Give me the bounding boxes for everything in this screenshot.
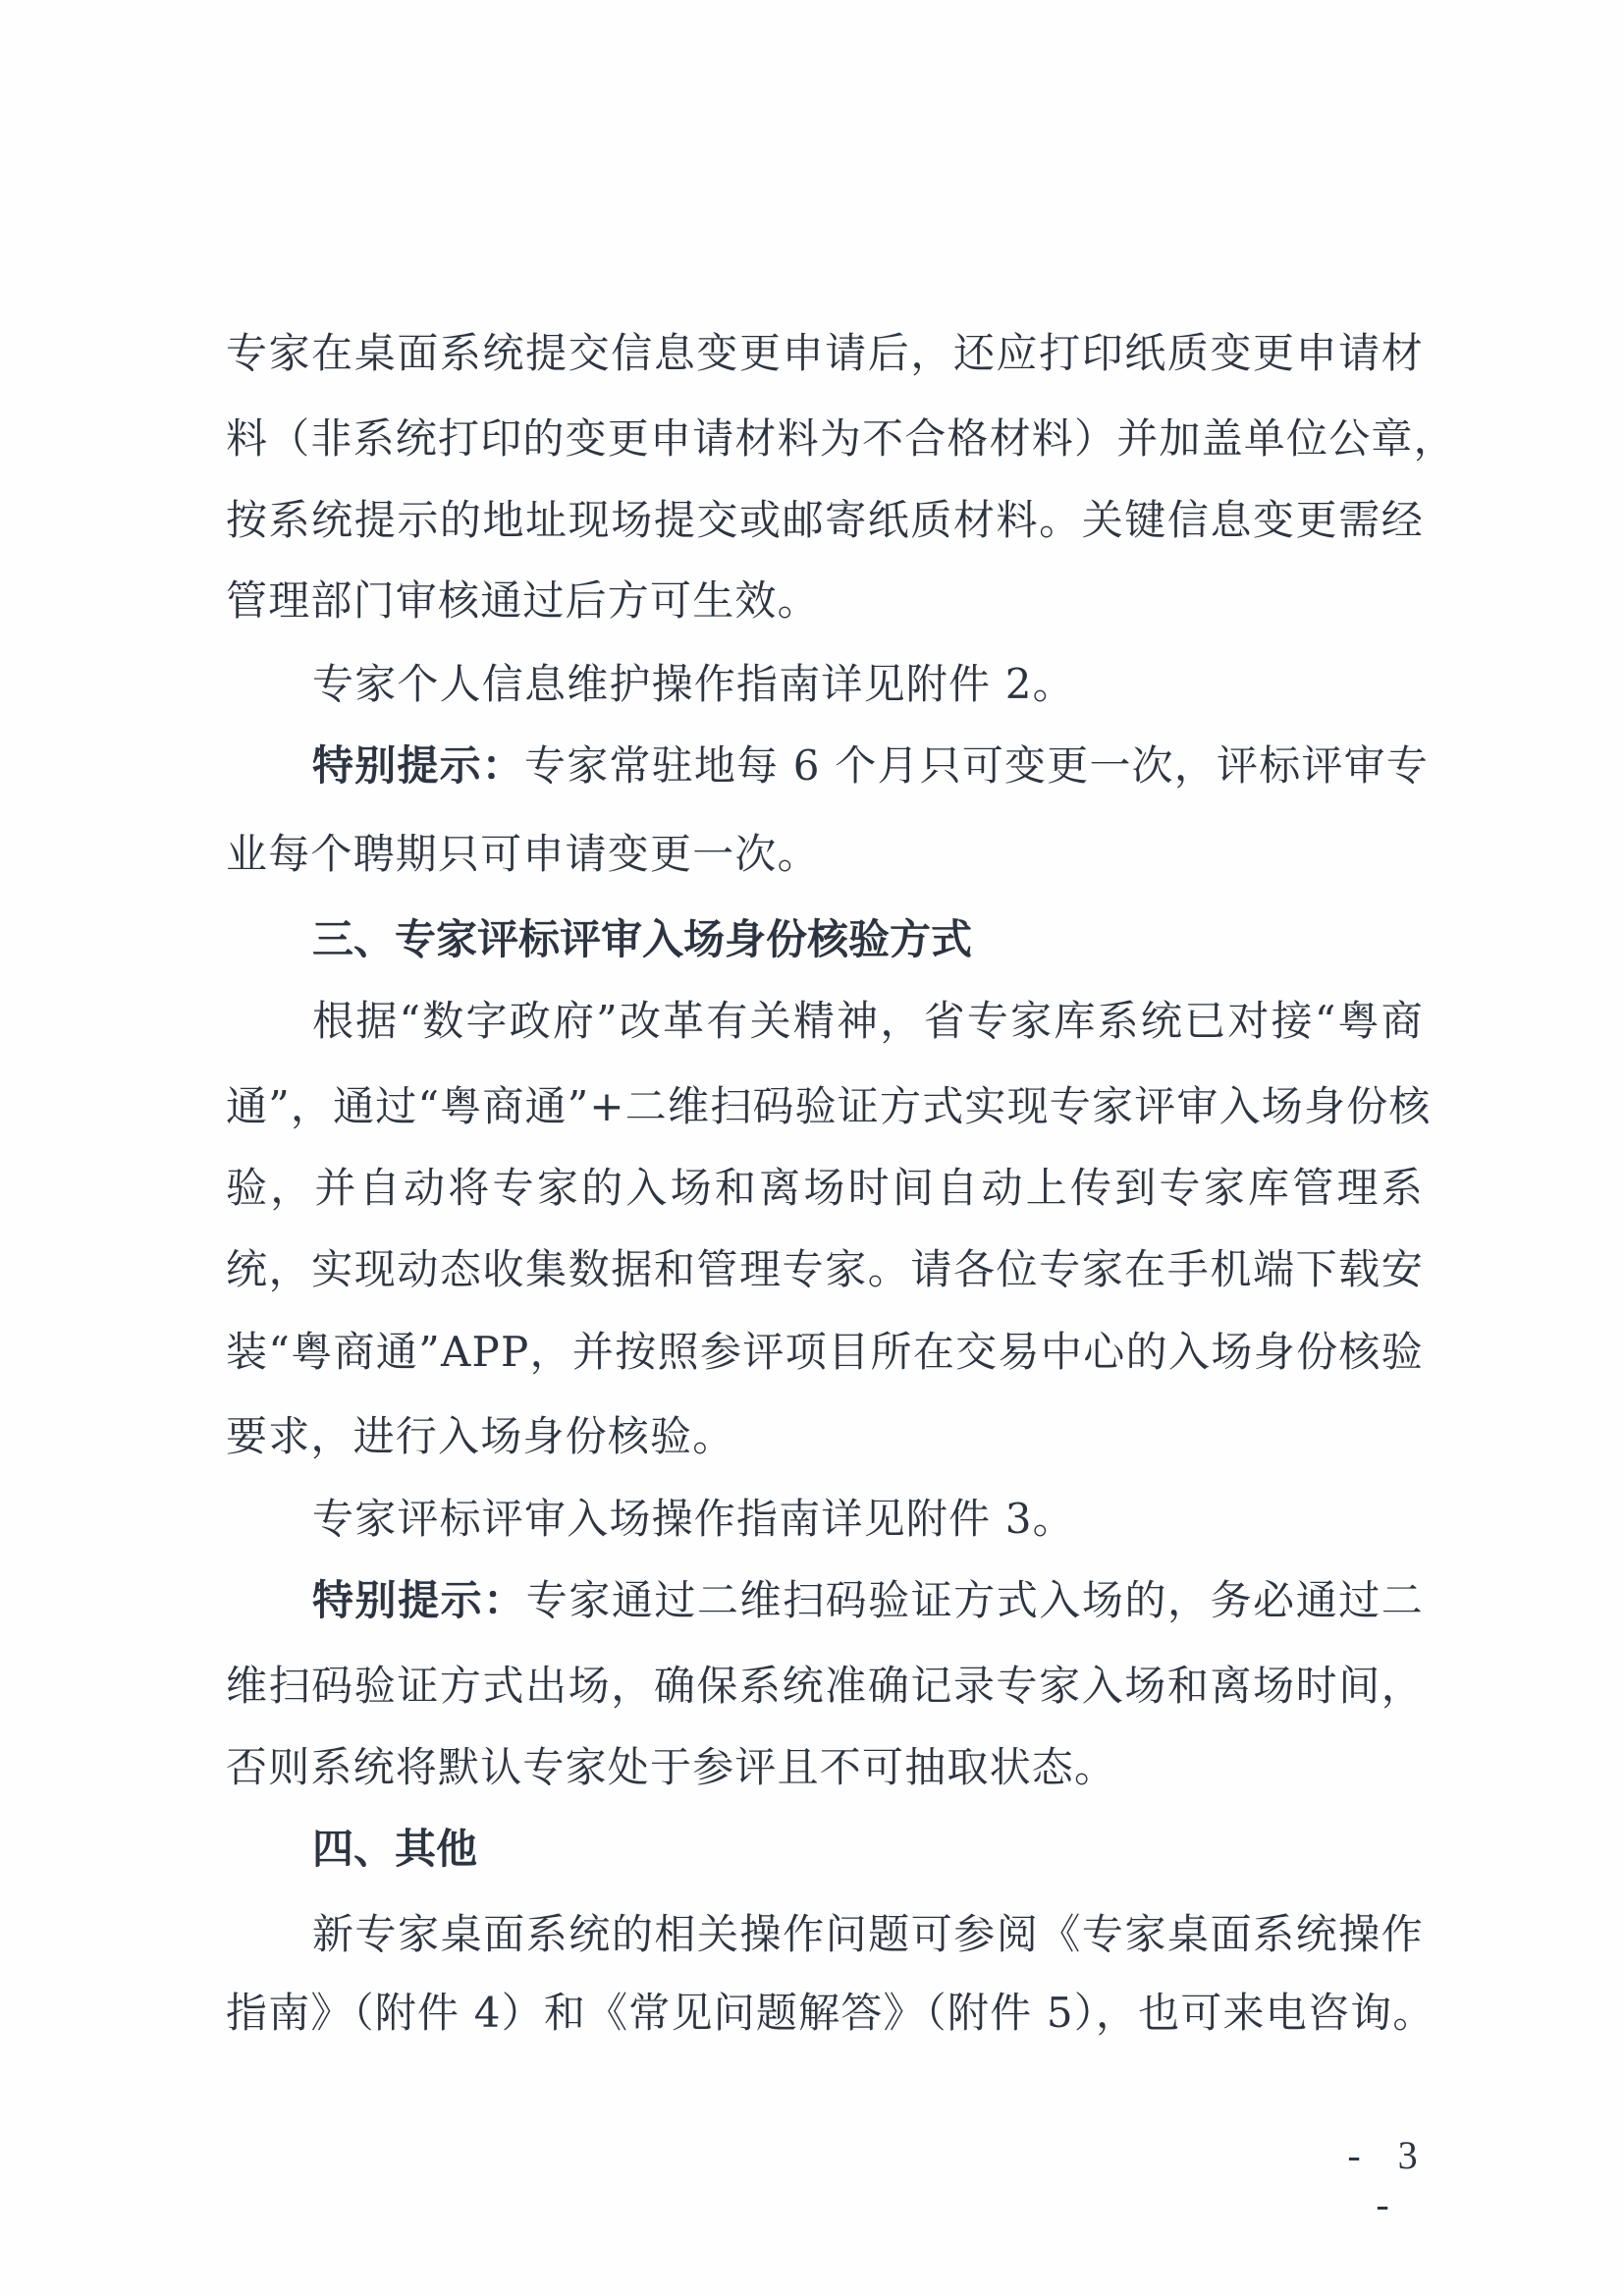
paragraph-line: 新专家桌面系统的相关操作问题可参阅《专家桌面系统操作: [312, 1905, 1424, 1964]
paragraph-line: 通”，通过“粤商通”+二维扫码验证方式实现专家评审入场身份核: [226, 1077, 1424, 1136]
paragraph-line: 专家个人信息维护操作指南详见附件 2。: [312, 655, 1424, 714]
paragraph-line: 业每个聘期只可申请变更一次。: [226, 825, 1424, 884]
paragraph-line: 指南》（附件 4）和《常见问题解答》（附件 5），也可来电咨询。: [226, 1984, 1424, 2043]
special-note-label: 特别提示：: [312, 1576, 526, 1624]
paragraph-line: 按系统提示的地址现场提交或邮寄纸质材料。关键信息变更需经: [226, 491, 1424, 550]
paragraph-line: 否则系统将默认专家处于参评且不可抽取状态。: [226, 1738, 1424, 1797]
page-number: - 3 -: [1326, 2131, 1453, 2180]
paragraph-line: 要求，进行入场身份核验。: [226, 1407, 1424, 1466]
document-page: 专家在桌面系统提交信息变更申请后，还应打印纸质变更申请材 料（非系统打印的变更申…: [0, 0, 1624, 2296]
paragraph-line: 管理部门审核通过后方可生效。: [226, 572, 1424, 630]
special-note-line: 特别提示：专家常驻地每 6 个月只可变更一次，评标评审专: [312, 737, 1424, 795]
special-note-line: 特别提示：专家通过二维扫码验证方式入场的，务必通过二: [312, 1571, 1424, 1630]
paragraph-line: 料（非系统打印的变更申请材料为不合格材料）并加盖单位公章，: [226, 410, 1424, 468]
paragraph-line: 专家在桌面系统提交信息变更申请后，还应打印纸质变更申请材: [226, 324, 1424, 383]
section-heading: 四、其他: [312, 1820, 1424, 1879]
section-heading: 三、专家评标评审入场身份核验方式: [312, 910, 1424, 969]
paragraph-line: 装“粤商通”APP，并按照参评项目所在交易中心的入场身份核验: [226, 1323, 1424, 1382]
special-note-text: 专家通过二维扫码验证方式入场的，务必通过二: [526, 1576, 1424, 1624]
paragraph-line: 维扫码验证方式出场，确保系统准确记录专家入场和离场时间，: [226, 1657, 1424, 1716]
paragraph-line: 验，并自动将专家的入场和离场时间自动上传到专家库管理系: [226, 1159, 1424, 1218]
paragraph-line: 统，实现动态收集数据和管理专家。请各位专家在手机端下载安: [226, 1240, 1424, 1299]
paragraph-line: 专家评标评审入场操作指南详见附件 3。: [312, 1490, 1424, 1549]
paragraph-line: 根据“数字政府”改革有关精神，省专家库系统已对接“粤商: [312, 992, 1424, 1051]
special-note-label: 特别提示：: [312, 741, 524, 790]
special-note-text: 专家常驻地每 6 个月只可变更一次，评标评审专: [524, 741, 1429, 790]
